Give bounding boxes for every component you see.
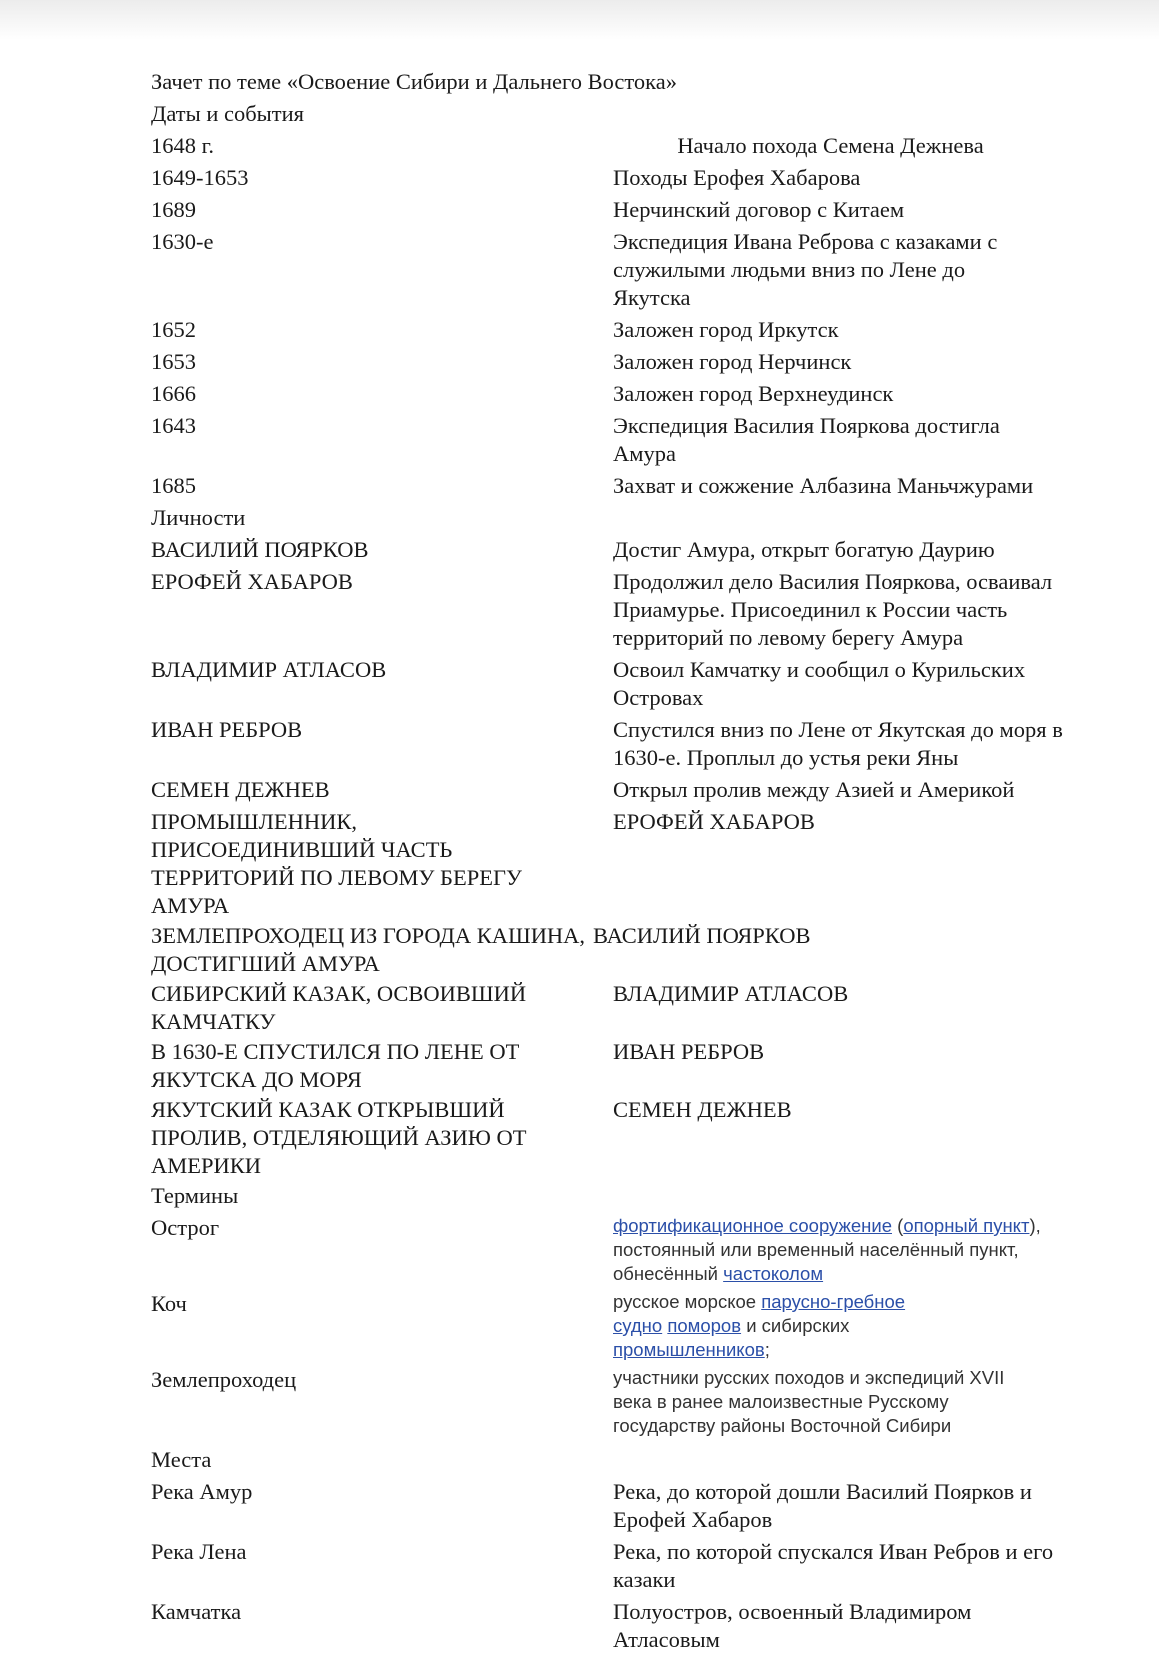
date-cell: 1653	[151, 348, 613, 376]
link-fortification[interactable]: фортификационное сооружение	[613, 1215, 892, 1236]
link-sail-rowing[interactable]: парусно-гребное	[761, 1291, 905, 1312]
text: ;	[765, 1339, 770, 1360]
description-cell: ЯКУТСКИЙ КАЗАК ОТКРЫВШИЙ ПРОЛИВ, ОТДЕЛЯЮ…	[151, 1096, 613, 1180]
person-cell: ИВАН РЕБРОВ	[151, 716, 613, 772]
event-cell: Нерчинский договор с Китаем	[613, 196, 1078, 224]
place-cell: Камчатка	[151, 1598, 613, 1654]
description-cell: ПРОМЫШЛЕННИК, ПРИСОЕДИНИВШИЙ ЧАСТЬ ТЕРРИ…	[151, 808, 613, 920]
text: (	[892, 1215, 903, 1236]
event-cell: Заложен город Нерчинск	[613, 348, 1078, 376]
event-cell: Заложен город Верхнеудинск	[613, 380, 1078, 408]
section-heading-terms: Термины	[151, 1182, 1081, 1214]
date-cell: 1666	[151, 380, 613, 408]
terms-table: Острог фортификационное сооружение (опор…	[151, 1214, 1081, 1446]
top-shadow	[0, 0, 1159, 40]
table-row: Река Лена Река, по которой спускался Ива…	[151, 1538, 1081, 1598]
table-row: 1685 Захват и сожжение Албазина Маньчжур…	[151, 472, 1081, 504]
table-row: СЕМЕН ДЕЖНЕВ Открыл пролив между Азией и…	[151, 776, 1081, 808]
table-row: 1689 Нерчинский договор с Китаем	[151, 196, 1081, 228]
date-cell: 1649-1653	[151, 164, 613, 192]
event-cell: Начало похода Семена Дежнева	[613, 132, 1078, 160]
person-cell: ВАСИЛИЙ ПОЯРКОВ	[593, 922, 1058, 978]
description-cell: Река, до которой дошли Василий Поярков и…	[613, 1478, 1078, 1534]
description-cell: Открыл пролив между Азией и Америкой	[613, 776, 1078, 804]
section-heading-persons: Личности	[151, 504, 1081, 536]
description-cell: Спустился вниз по Лене от Якутская до мо…	[613, 716, 1078, 772]
description-cell: Река, по которой спускался Иван Ребров и…	[613, 1538, 1078, 1594]
date-cell: 1643	[151, 412, 613, 468]
section-heading-dates: Даты и события	[151, 100, 1081, 132]
table-row: ЕРОФЕЙ ХАБАРОВ Продолжил дело Василия По…	[151, 568, 1081, 656]
description-cell: ЗЕМЛЕПРОХОДЕЦ ИЗ ГОРОДА КАШИНА, ДОСТИГШИ…	[151, 922, 633, 978]
link-vessel[interactable]: судно	[613, 1315, 662, 1336]
link-strongpoint[interactable]: опорный пункт	[903, 1215, 1029, 1236]
term-cell: Коч	[151, 1290, 613, 1362]
description-cell: Достиг Амура, открыт богатую Даурию	[613, 536, 1078, 564]
table-row: 1666 Заложен город Верхнеудинск	[151, 380, 1081, 412]
person-cell: ВЛАДИМИР АТЛАСОВ	[151, 656, 613, 712]
table-row: В 1630-Е СПУСТИЛСЯ ПО ЛЕНЕ ОТ ЯКУТСКА ДО…	[151, 1038, 1081, 1096]
date-cell: 1648 г.	[151, 132, 613, 160]
date-cell: 1652	[151, 316, 613, 344]
place-cell: Река Лена	[151, 1538, 613, 1594]
event-cell: Захват и сожжение Албазина Маньчжурами	[613, 472, 1078, 500]
person-cell: ВАСИЛИЙ ПОЯРКОВ	[151, 536, 613, 564]
person-cell: СЕМЕН ДЕЖНЕВ	[151, 776, 613, 804]
table-row: Острог фортификационное сооружение (опор…	[151, 1214, 1081, 1290]
person-cell: ИВАН РЕБРОВ	[613, 1038, 1078, 1094]
table-row: ЯКУТСКИЙ КАЗАК ОТКРЫВШИЙ ПРОЛИВ, ОТДЕЛЯЮ…	[151, 1096, 1081, 1182]
definition-cell: русское морское парусно-гребное судно по…	[613, 1290, 1078, 1362]
persons-table: ВАСИЛИЙ ПОЯРКОВ Достиг Амура, открыт бог…	[151, 536, 1081, 1182]
link-pomors[interactable]: поморов	[667, 1315, 741, 1336]
event-cell: Походы Ерофея Хабарова	[613, 164, 1078, 192]
table-row: ЗЕМЛЕПРОХОДЕЦ ИЗ ГОРОДА КАШИНА, ДОСТИГШИ…	[151, 922, 1081, 980]
description-cell: Полуостров, освоенный Владимиром Атласов…	[613, 1598, 1078, 1654]
table-row: СИБИРСКИЙ КАЗАК, ОСВОИВШИЙ КАМЧАТКУ ВЛАД…	[151, 980, 1081, 1038]
date-cell: 1630-е	[151, 228, 613, 312]
places-table: Река Амур Река, до которой дошли Василий…	[151, 1478, 1081, 1658]
description-cell: В 1630-Е СПУСТИЛСЯ ПО ЛЕНЕ ОТ ЯКУТСКА ДО…	[151, 1038, 613, 1094]
person-cell: ЕРОФЕЙ ХАБАРОВ	[613, 808, 1078, 920]
description-cell: Освоил Камчатку и сообщил о Курильских О…	[613, 656, 1078, 712]
table-row: Река Амур Река, до которой дошли Василий…	[151, 1478, 1081, 1538]
person-cell: ЕРОФЕЙ ХАБАРОВ	[151, 568, 613, 652]
document-title: Зачет по теме «Освоение Сибири и Дальнег…	[151, 68, 1081, 100]
text: русское морское	[613, 1291, 761, 1312]
description-cell: Продолжил дело Василия Пояркова, осваива…	[613, 568, 1078, 652]
event-cell: Экспедиция Василия Пояркова достигла Аму…	[613, 412, 1078, 468]
table-row: 1643 Экспедиция Василия Пояркова достигл…	[151, 412, 1081, 472]
dates-table: 1648 г. Начало похода Семена Дежнева 164…	[151, 132, 1081, 504]
person-cell: ВЛАДИМИР АТЛАСОВ	[613, 980, 1078, 1036]
date-cell: 1685	[151, 472, 613, 500]
description-cell: СИБИРСКИЙ КАЗАК, ОСВОИВШИЙ КАМЧАТКУ	[151, 980, 613, 1036]
table-row: ВАСИЛИЙ ПОЯРКОВ Достиг Амура, открыт бог…	[151, 536, 1081, 568]
text: и сибирских	[741, 1315, 849, 1336]
person-cell: СЕМЕН ДЕЖНЕВ	[613, 1096, 1078, 1180]
table-row: Коч русское морское парусно-гребное судн…	[151, 1290, 1081, 1366]
table-row: ИВАН РЕБРОВ Спустился вниз по Лене от Як…	[151, 716, 1081, 776]
date-cell: 1689	[151, 196, 613, 224]
term-cell: Острог	[151, 1214, 613, 1286]
link-industrialists[interactable]: промышленников	[613, 1339, 765, 1360]
link-palisade[interactable]: частоколом	[723, 1263, 823, 1284]
event-cell: Заложен город Иркутск	[613, 316, 1078, 344]
table-row: Землепроходец участники русских походов …	[151, 1366, 1081, 1446]
section-heading-places: Места	[151, 1446, 1081, 1478]
table-row: 1648 г. Начало похода Семена Дежнева	[151, 132, 1081, 164]
table-row: ВЛАДИМИР АТЛАСОВ Освоил Камчатку и сообщ…	[151, 656, 1081, 716]
place-cell: Река Амур	[151, 1478, 613, 1534]
table-row: ПРОМЫШЛЕННИК, ПРИСОЕДИНИВШИЙ ЧАСТЬ ТЕРРИ…	[151, 808, 1081, 922]
document-page: Зачет по теме «Освоение Сибири и Дальнег…	[151, 68, 1081, 1658]
table-row: 1653 Заложен город Нерчинск	[151, 348, 1081, 380]
definition-cell: участники русских походов и экспедиций X…	[613, 1366, 1078, 1438]
event-cell: Экспедиция Ивана Реброва с казаками с сл…	[613, 228, 1078, 312]
table-row: 1652 Заложен город Иркутск	[151, 316, 1081, 348]
table-row: Камчатка Полуостров, освоенный Владимиро…	[151, 1598, 1081, 1658]
table-row: 1630-е Экспедиция Ивана Реброва с казака…	[151, 228, 1081, 316]
table-row: 1649-1653 Походы Ерофея Хабарова	[151, 164, 1081, 196]
term-cell: Землепроходец	[151, 1366, 613, 1438]
definition-cell: фортификационное сооружение (опорный пун…	[613, 1214, 1078, 1286]
